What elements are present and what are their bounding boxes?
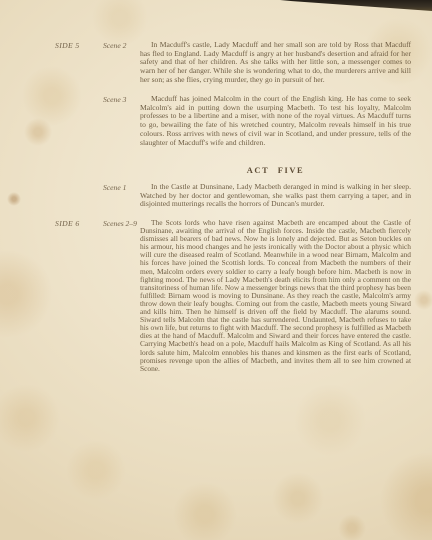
scene-synopsis-text: Macduff has joined Malcolm in the court … [140, 95, 411, 147]
page-edge-shadow [280, 0, 432, 11]
scene-label: Scenes 2–9 [103, 219, 143, 228]
scene-label: Scene 3 [103, 95, 143, 104]
scene-synopsis-text: In Macduff's castle, Lady Macduff and he… [140, 41, 411, 85]
scene-label: Scene 2 [103, 41, 143, 50]
record-sleeve-page: SIDE 5 Scene 2 In Macduff's castle, Lady… [0, 0, 432, 540]
scene-synopsis-text: In the Castle at Dunsinane, Lady Macbeth… [140, 183, 411, 209]
scene-label: Scene 1 [103, 183, 143, 192]
side-label: SIDE 6 [55, 219, 101, 228]
act-heading: ACT FIVE [140, 166, 411, 175]
scene-synopsis-text: The Scots lords who have risen against M… [140, 219, 411, 373]
side-label: SIDE 5 [55, 41, 101, 50]
